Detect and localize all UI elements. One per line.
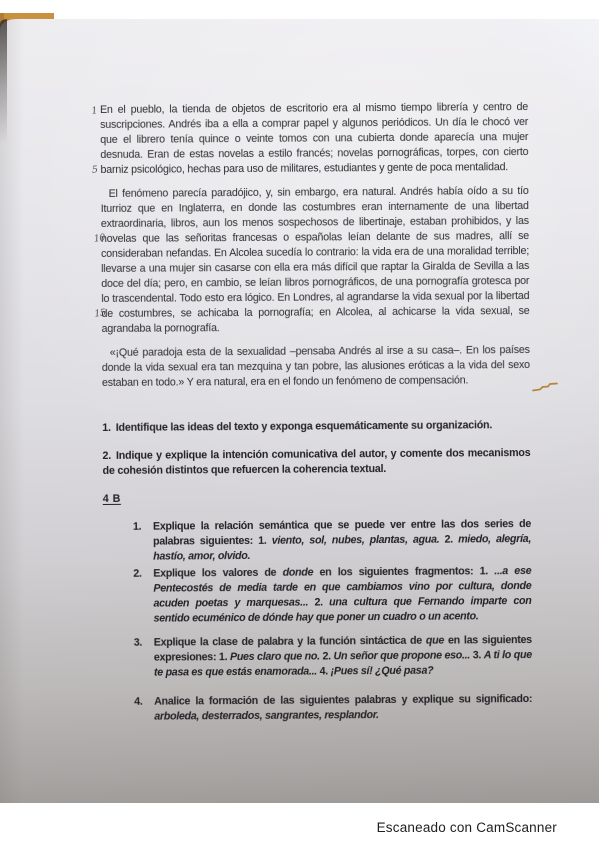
item-number: 3. bbox=[134, 636, 154, 681]
exercise-item-4: 4. Analice la formación de las siguiente… bbox=[134, 692, 532, 725]
question-1: 1.Identifique las ideas del texto y expo… bbox=[102, 418, 530, 436]
passage-text: En el pueblo, la tienda de objetos de es… bbox=[100, 101, 528, 176]
passage-paragraph-1: 1 5 En el pueblo, la tienda de objetos d… bbox=[100, 100, 529, 178]
page-curl-shadow bbox=[0, 19, 7, 144]
camscanner-watermark: Escaneado con CamScanner bbox=[377, 820, 557, 835]
item-number: 1. bbox=[133, 520, 153, 565]
margin-line-number: 10 bbox=[85, 231, 99, 247]
exercise-item-2: 2. Explique los valores de donde en los … bbox=[133, 564, 531, 627]
watermark-band: Escaneado con CamScanner bbox=[0, 803, 599, 848]
margin-line-number: 15 bbox=[86, 306, 100, 322]
item-text: Explique la relación semántica que se pu… bbox=[153, 517, 531, 565]
item-number: 2. bbox=[133, 567, 153, 627]
section-heading: 4 B bbox=[103, 492, 121, 507]
question-number: 1. bbox=[102, 422, 111, 434]
question-number: 2. bbox=[102, 450, 111, 462]
scanned-paper: 1 5 En el pueblo, la tienda de objetos d… bbox=[0, 19, 599, 803]
item-number: 4. bbox=[134, 695, 154, 725]
item-text: Explique los valores de donde en los sig… bbox=[153, 564, 531, 627]
question-text: Indique y explique la intención comunica… bbox=[103, 447, 531, 477]
exercise-item-1: 1. Explique la relación semántica que se… bbox=[133, 517, 531, 565]
exercise-list: 1. Explique la relación semántica que se… bbox=[133, 517, 532, 725]
section-4b: 4 B 1. Explique la relación semántica qu… bbox=[103, 489, 533, 725]
margin-line-number: 5 bbox=[85, 162, 99, 178]
passage-paragraph-2: 10 15 El fenómeno parecía paradójico, y,… bbox=[101, 184, 530, 337]
question-2: 2.Indique y explique la intención comuni… bbox=[102, 446, 530, 479]
passage-text: «¡Qué paradoja esta de la sexualidad –pe… bbox=[102, 344, 530, 389]
passage-paragraph-3: «¡Qué paradoja esta de la sexualidad –pe… bbox=[102, 343, 530, 391]
ink-scratch-mark bbox=[532, 381, 560, 393]
exercise-item-3: 3. Explique la clase de palabra y la fun… bbox=[134, 633, 532, 681]
item-text: Analice la formación de las siguientes p… bbox=[154, 692, 532, 725]
question-text: Identifique las ideas del texto y expong… bbox=[116, 419, 492, 434]
passage-text: El fenómeno parecía paradójico, y, sin e… bbox=[101, 185, 530, 335]
printed-text-block: 1 5 En el pueblo, la tienda de objetos d… bbox=[100, 100, 532, 725]
margin-line-number: 1 bbox=[84, 103, 98, 119]
camscanner-scan: 1 5 En el pueblo, la tienda de objetos d… bbox=[0, 0, 599, 848]
item-text: Explique la clase de palabra y la funció… bbox=[154, 633, 532, 681]
